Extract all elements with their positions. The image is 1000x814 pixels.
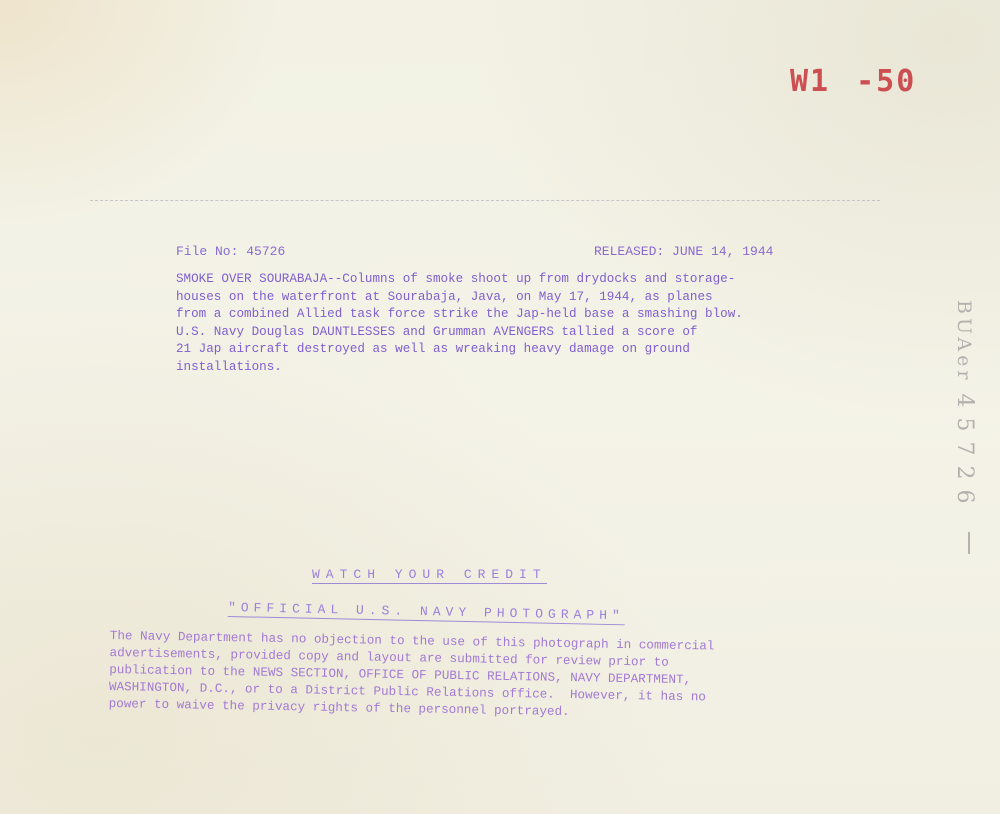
caption-line: 21 Jap aircraft destroyed as well as wre… [176,341,816,359]
buaer-prefix: BUAer [953,300,975,383]
released-label: RELEASED: [594,244,664,259]
caption-line: from a combined Allied task force strike… [176,306,816,324]
file-number: File No: 45726 [176,244,285,259]
released-value: JUNE 14, 1944 [672,244,773,259]
watch-your-credit-heading: WATCH YOUR CREDIT [312,567,547,584]
caption-line: installations. [176,359,816,377]
stamp-number: -50 [856,64,916,99]
buaer-vertical-stamp: BUAer 45726 [952,300,977,514]
dashed-divider [90,200,880,201]
usage-policy-text: The Navy Department has no objection to … [109,628,810,725]
stamp-tick-mark [968,532,970,554]
caption-line: SMOKE OVER SOURABAJA--Columns of smoke s… [176,271,816,289]
buaer-number: 45726 [952,394,977,514]
caption-line: U.S. Navy Douglas DAUNTLESSES and Grumma… [176,324,816,342]
release-date: RELEASED: JUNE 14, 1944 [594,244,773,259]
red-ink-stamp: W1-50 [790,64,916,99]
stamp-code: W1 [790,64,830,99]
photo-caption: SMOKE OVER SOURABAJA--Columns of smoke s… [176,271,816,376]
caption-line: houses on the waterfront at Sourabaja, J… [176,289,816,307]
file-no-value: 45726 [246,244,285,259]
file-no-label: File No: [176,244,238,259]
